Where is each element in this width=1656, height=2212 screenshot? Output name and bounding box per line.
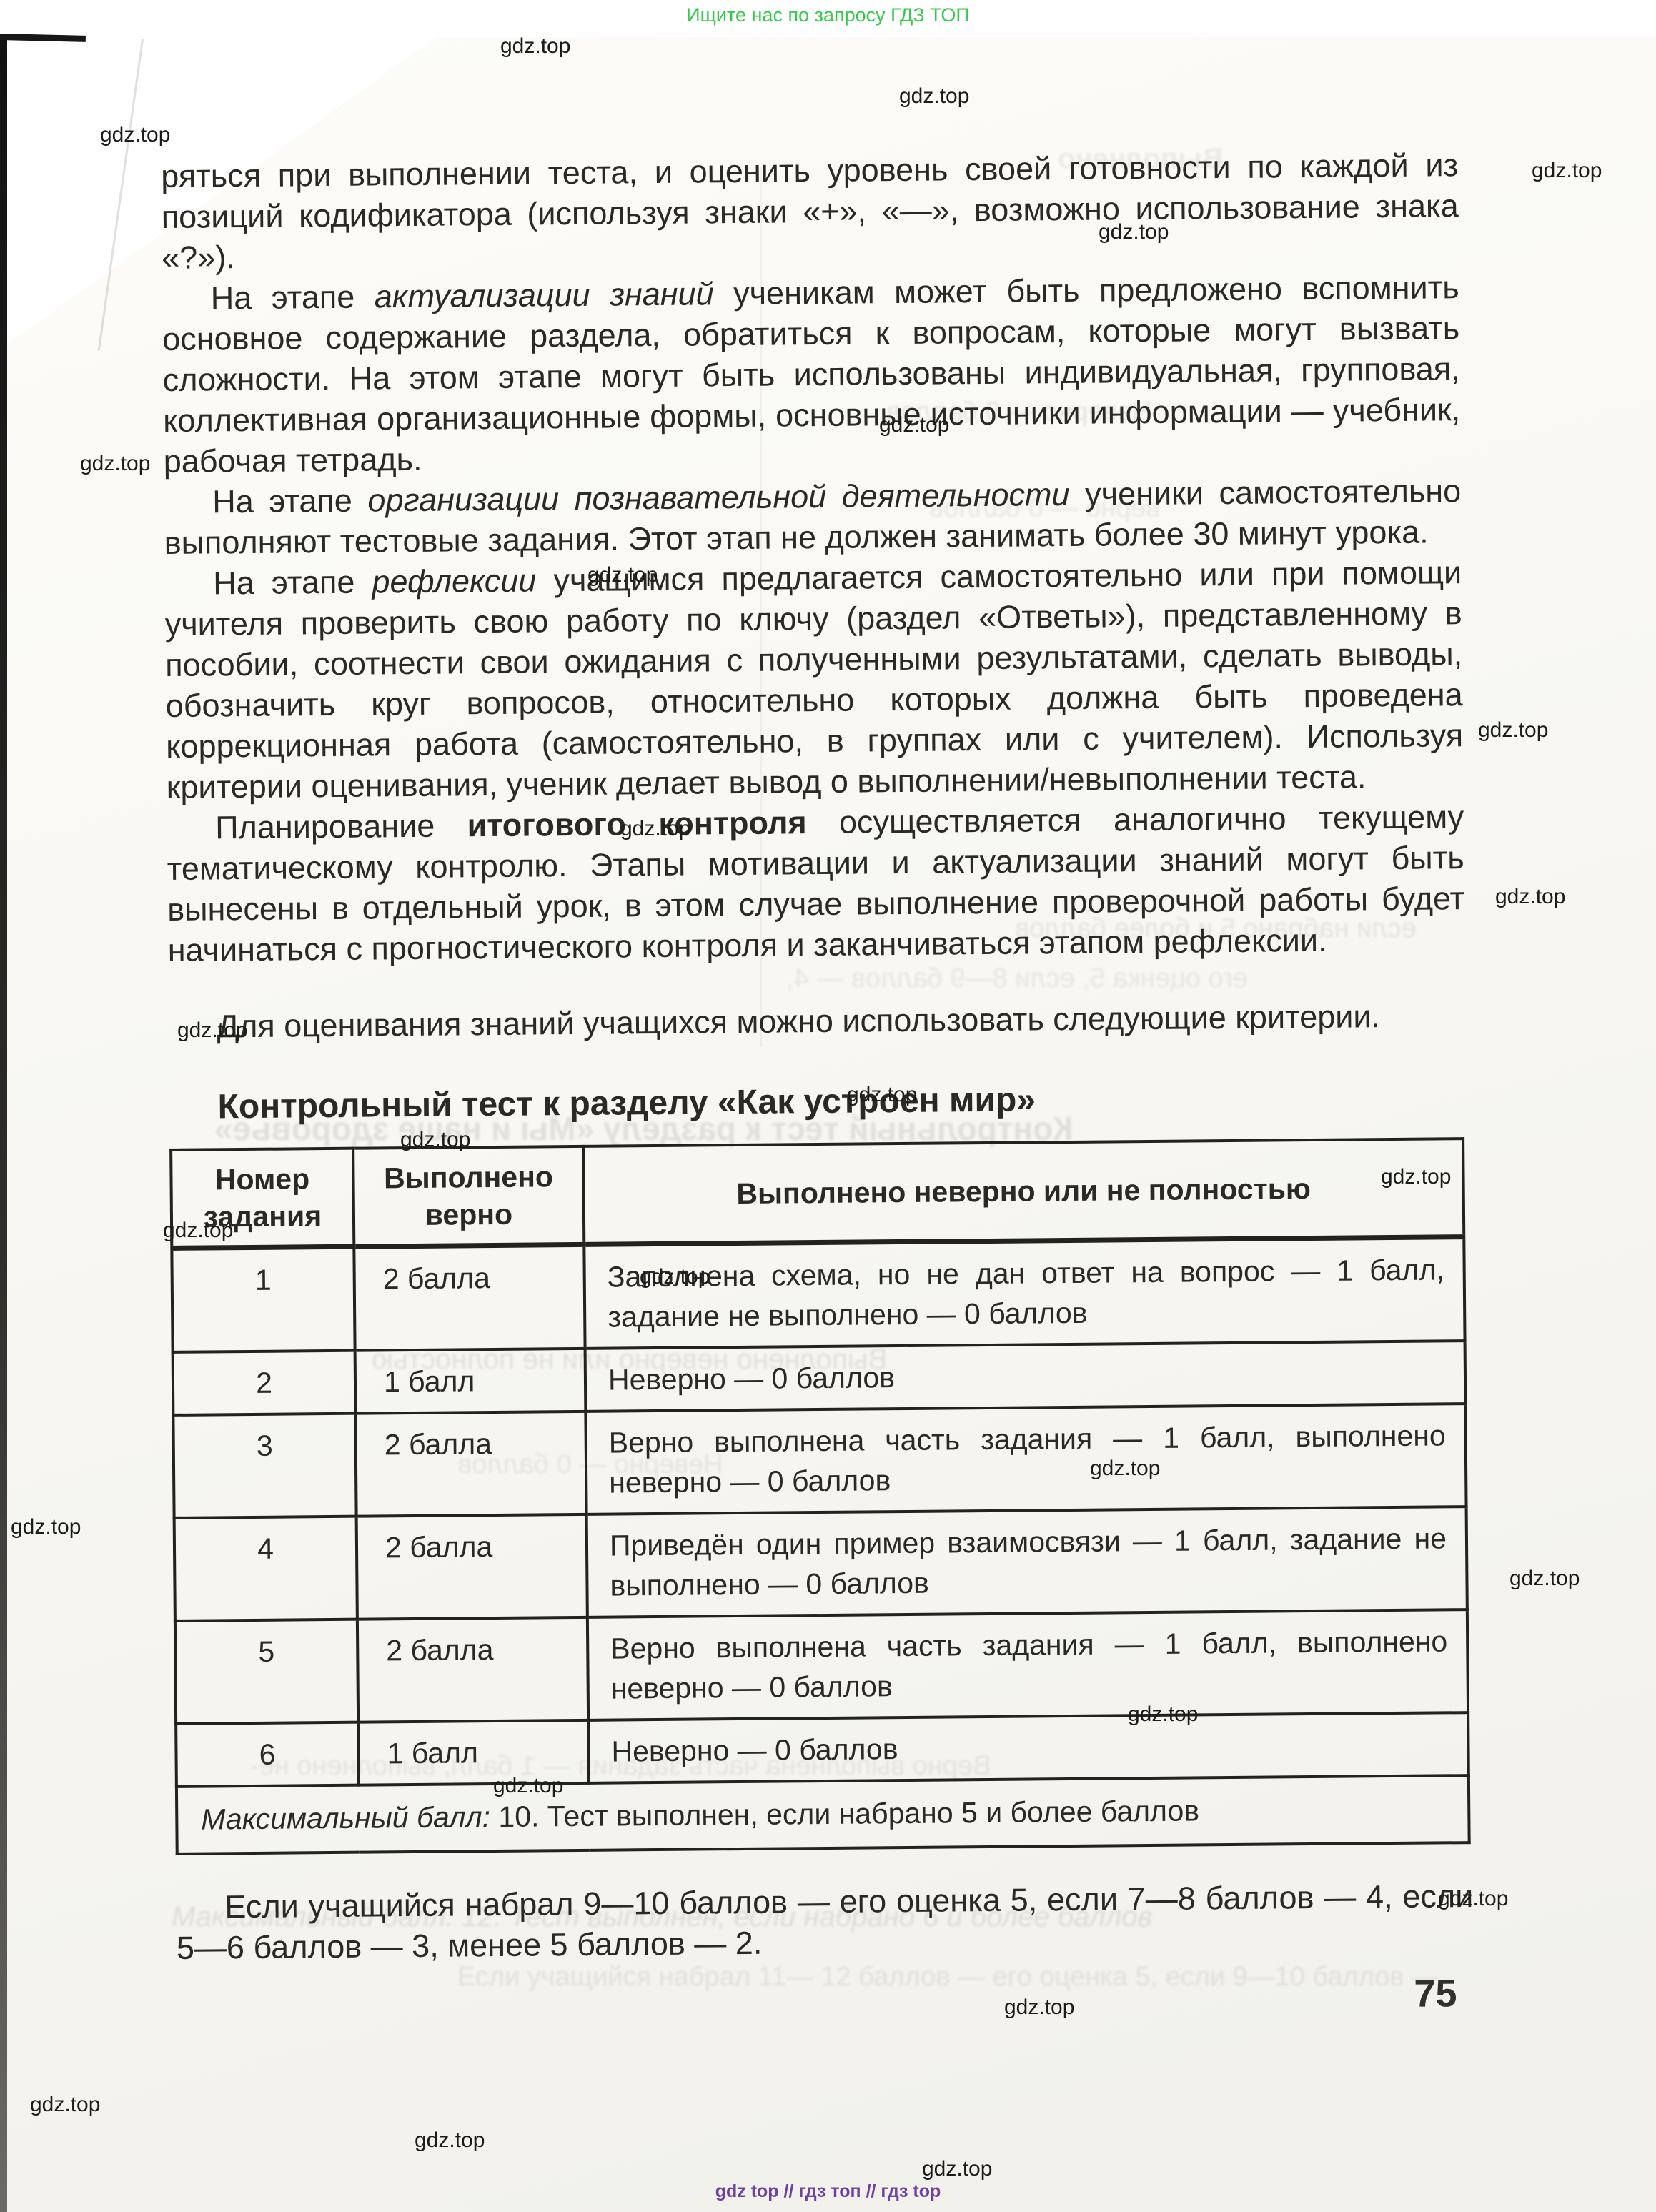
section-heading: Контрольный тест к разделу «Как устроен … bbox=[217, 1075, 1466, 1129]
gdz-watermark: gdz.top bbox=[500, 34, 570, 59]
task-number-cell: 2 bbox=[173, 1351, 356, 1415]
table-footer-row: Максимальный балл: 10. Тест выполнен, ес… bbox=[177, 1775, 1469, 1854]
incorrect-score-cell: Верно выполнена часть задания — 1 балл, … bbox=[585, 1404, 1466, 1514]
paragraph: На этапе организации познавательной деят… bbox=[164, 470, 1462, 563]
scanned-book-page: { "banners": { "top": { "text": "Ищите н… bbox=[0, 0, 1656, 2212]
correct-score-cell: 2 балла bbox=[357, 1617, 588, 1722]
incorrect-score-cell: Верно выполнена часть задания — 1 балл, … bbox=[587, 1610, 1468, 1720]
gdz-watermark: gdz.top bbox=[1509, 1567, 1580, 1591]
gdz-watermark: gdz.top bbox=[30, 2093, 100, 2117]
task-number-cell: 1 bbox=[172, 1246, 354, 1352]
gdz-watermark: gdz.top bbox=[80, 452, 150, 476]
paragraph: Планирование итогового контроля осуществ… bbox=[167, 796, 1465, 971]
paragraph: На этапе рефлексии учащимся предлагается… bbox=[164, 552, 1464, 808]
table-row: 52 баллаВерно выполнена часть задания — … bbox=[175, 1610, 1468, 1724]
gdz-watermark: gdz.top bbox=[1532, 159, 1602, 183]
correct-score-cell: 2 балла bbox=[355, 1412, 586, 1517]
table-body: 12 баллаЗаполнена схема, но не дан ответ… bbox=[172, 1237, 1469, 1787]
table-row: 32 баллаВерно выполнена часть задания — … bbox=[173, 1404, 1466, 1518]
gdz-watermark: gdz.top bbox=[879, 413, 949, 437]
gdz-watermark: gdz.top bbox=[11, 1515, 81, 1539]
grading-paragraph: Если учащийся набрал 9—10 баллов — его о… bbox=[176, 1875, 1474, 1968]
text-run: организации познавательной деятельности bbox=[367, 476, 1070, 519]
gdz-watermark: gdz.top bbox=[163, 1219, 233, 1243]
gdz-watermark: gdz.top bbox=[847, 1083, 917, 1107]
table-row: 61 баллНеверно — 0 баллов bbox=[176, 1712, 1469, 1787]
gdz-watermark: gdz.top bbox=[899, 84, 969, 109]
text-run: На этапе bbox=[213, 563, 372, 601]
gdz-watermark: gdz.top bbox=[493, 1774, 563, 1798]
table-column-header: Выполнено верно bbox=[353, 1146, 584, 1246]
task-number-cell: 5 bbox=[175, 1620, 358, 1724]
table-header-row: Номер заданияВыполнено верноВыполнено не… bbox=[171, 1139, 1464, 1248]
gdz-watermark: gdz.top bbox=[640, 1265, 710, 1289]
incorrect-score-cell: Приведён один пример взаимосвязи — 1 бал… bbox=[587, 1507, 1467, 1617]
text-run: Для оценивания знаний учащихся можно исп… bbox=[217, 998, 1380, 1044]
incorrect-score-cell: Неверно — 0 баллов bbox=[585, 1341, 1466, 1412]
scoring-table: Номер заданияВыполнено верноВыполнено не… bbox=[169, 1137, 1471, 1855]
max-score-label: Максимальный балл: bbox=[201, 1800, 490, 1836]
table-column-header: Выполнено неверно или не полностью bbox=[583, 1139, 1464, 1244]
text-run: На этапе bbox=[211, 278, 375, 316]
correct-score-cell: 2 балла bbox=[357, 1514, 587, 1620]
text-run: Планирование bbox=[215, 807, 467, 845]
bottom-banner: gdz top // гдз топ // гдз top bbox=[0, 2181, 1656, 2202]
gdz-watermark: gdz.top bbox=[1090, 1457, 1160, 1481]
table-row: 12 баллаЗаполнена схема, но не дан ответ… bbox=[172, 1237, 1464, 1352]
page-content: ряться при выполнении теста, и оценить у… bbox=[161, 144, 1474, 2027]
gdz-watermark: gdz.top bbox=[587, 563, 658, 587]
table-row: 42 баллаПриведён один пример взаимосвязи… bbox=[174, 1507, 1467, 1621]
text-run: ряться при выполнении теста, и оценить у… bbox=[161, 147, 1459, 276]
gdz-watermark: gdz.top bbox=[400, 1128, 470, 1152]
body-paragraphs: ряться при выполнении теста, и оценить у… bbox=[161, 144, 1466, 1047]
gdz-watermark: gdz.top bbox=[1438, 1887, 1508, 1911]
gdz-watermark: gdz.top bbox=[177, 1018, 247, 1043]
gdz-watermark: gdz.top bbox=[922, 2157, 992, 2181]
gdz-watermark: gdz.top bbox=[1004, 1995, 1074, 2020]
paragraph: ряться при выполнении теста, и оценить у… bbox=[161, 144, 1459, 278]
paragraph: На этапе актуализации знаний ученикам мо… bbox=[162, 267, 1460, 482]
gdz-watermark: gdz.top bbox=[1099, 220, 1169, 244]
table-header: Номер заданияВыполнено верноВыполнено не… bbox=[171, 1139, 1464, 1248]
table-footer-cell: Максимальный балл: 10. Тест выполнен, ес… bbox=[177, 1775, 1469, 1854]
text-run: актуализации знаний bbox=[374, 275, 713, 314]
table-row: 21 баллНеверно — 0 баллов bbox=[173, 1341, 1466, 1415]
gdz-watermark: gdz.top bbox=[620, 817, 690, 841]
task-number-cell: 4 bbox=[174, 1517, 357, 1621]
correct-score-cell: 1 балл bbox=[355, 1349, 586, 1414]
gdz-watermark: gdz.top bbox=[100, 123, 170, 147]
text-run: На этапе bbox=[212, 482, 368, 520]
incorrect-score-cell: Заполнена схема, но не дан ответ на вопр… bbox=[584, 1237, 1464, 1349]
text-run: рефлексии bbox=[372, 562, 536, 600]
gdz-watermark: gdz.top bbox=[1495, 885, 1565, 909]
correct-score-cell: 2 балла bbox=[354, 1244, 585, 1350]
incorrect-score-cell: Неверно — 0 баллов bbox=[588, 1712, 1469, 1783]
scan-left-edge bbox=[0, 37, 7, 2212]
gdz-watermark: gdz.top bbox=[1478, 718, 1548, 743]
task-number-cell: 3 bbox=[173, 1414, 356, 1518]
task-number-cell: 6 bbox=[176, 1722, 359, 1787]
paragraph: Для оценивания знаний учащихся можно исп… bbox=[168, 995, 1465, 1047]
top-banner: Ищите нас по запросу ГДЗ ТОП bbox=[0, 4, 1656, 26]
gdz-watermark: gdz.top bbox=[1381, 1165, 1451, 1189]
gdz-watermark: gdz.top bbox=[1128, 1702, 1198, 1727]
max-score-text: 10. Тест выполнен, если набрано 5 и боле… bbox=[490, 1794, 1199, 1833]
gdz-watermark: gdz.top bbox=[415, 2128, 485, 2153]
